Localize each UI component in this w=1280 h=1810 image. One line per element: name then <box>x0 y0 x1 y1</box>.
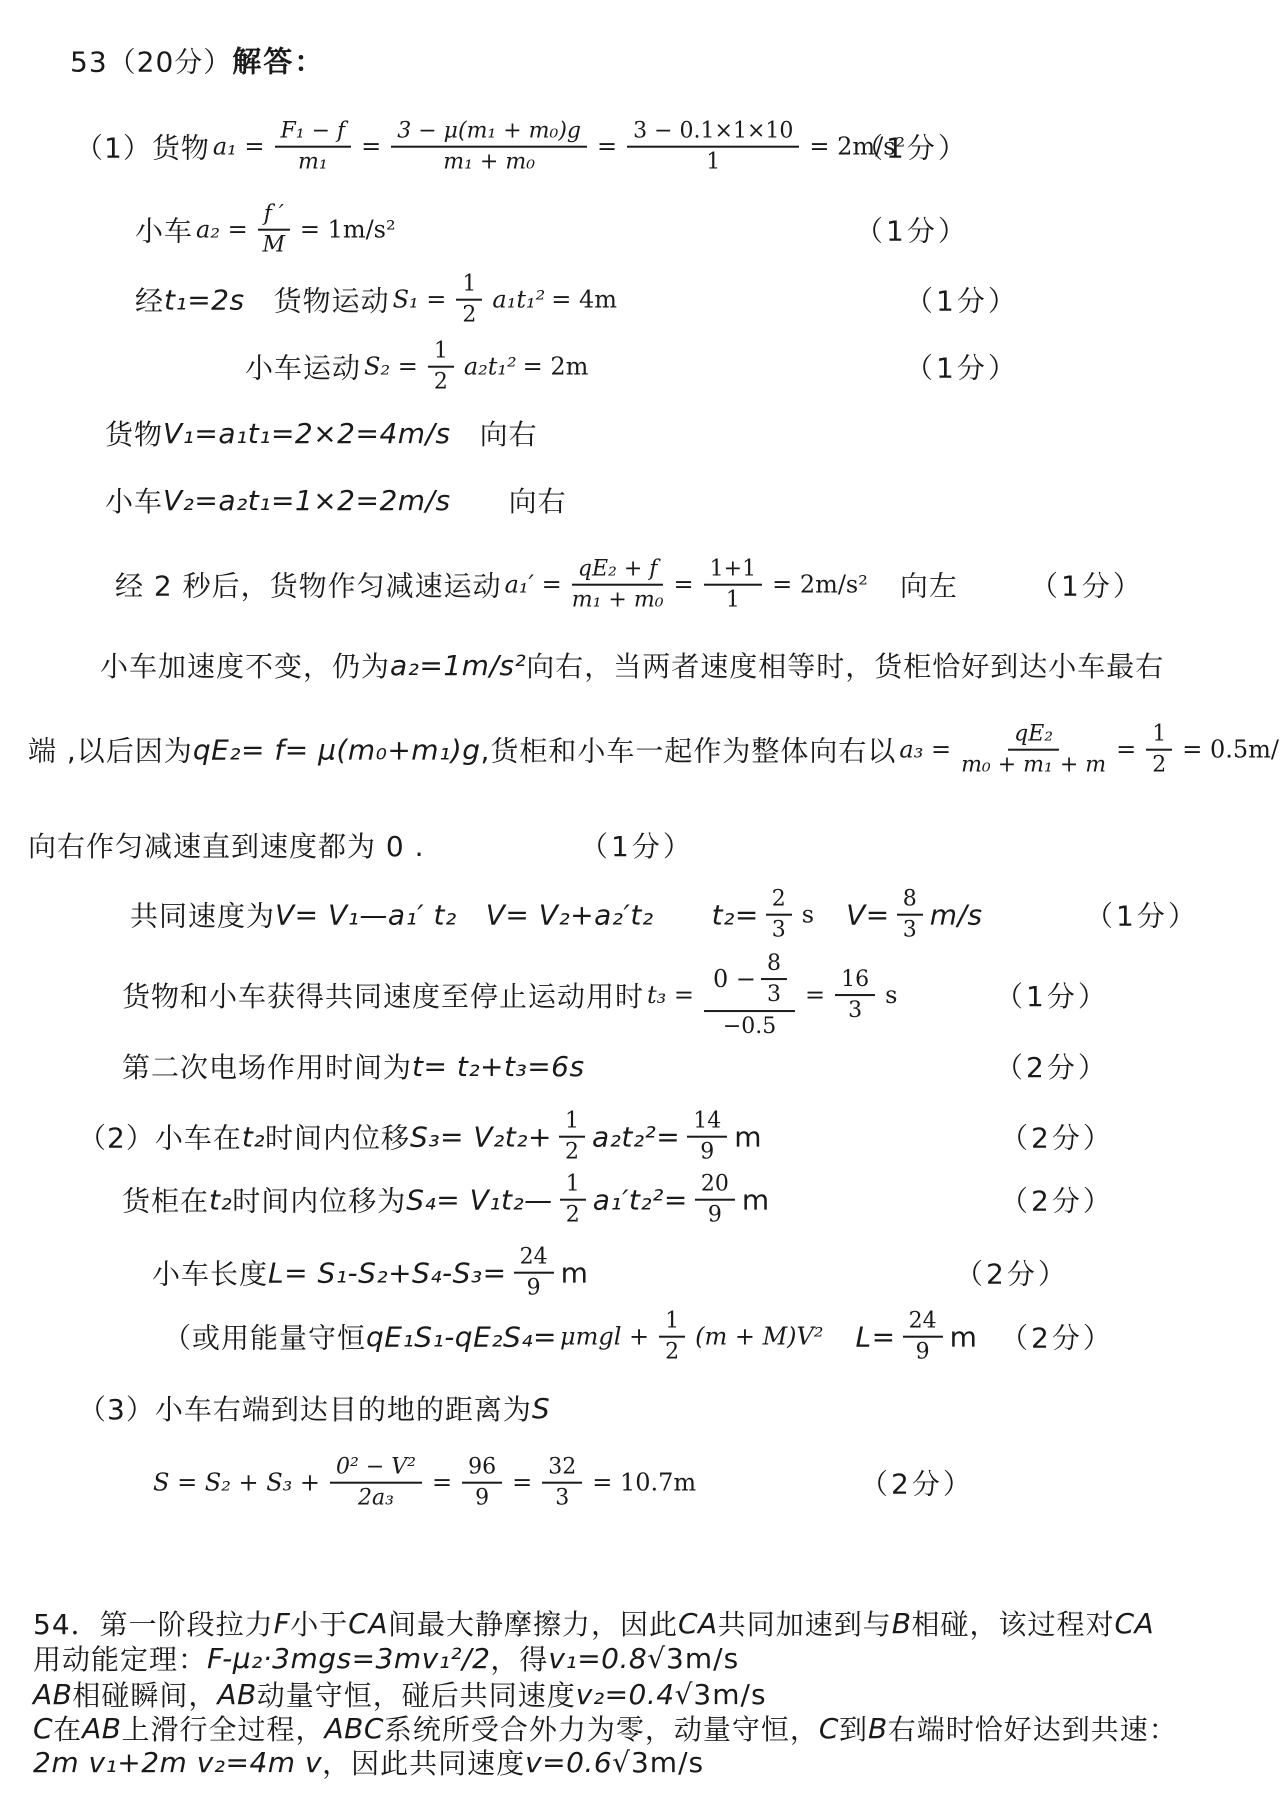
text-segment: = <box>512 1469 532 1497</box>
text-segment: m/s <box>712 1678 766 1711</box>
p54-line-5: 2m v₁+2m v₂=4m v，因此共同速度 v=0.6√3 m/s <box>0 1742 1280 1782</box>
text-segment: C <box>819 1712 839 1745</box>
text-segment: 时间内位移为 <box>232 1180 406 1220</box>
text-segment: AB <box>82 1712 121 1745</box>
text-segment: 共同速度为 <box>130 895 275 935</box>
text-segment: m/s <box>685 1642 739 1675</box>
text-segment: (m + M)V² <box>695 1323 823 1351</box>
text-segment: 间最大静摩擦力，因此 <box>388 1603 678 1643</box>
text-segment: 向右，当两者速度相等时，货柜恰好到达小车最右 <box>526 645 1164 685</box>
text-segment: 向右 <box>451 480 567 520</box>
fraction-part: m₀ + m₁ + m <box>961 751 1106 778</box>
math-fraction: 0² − V²2a₃ <box>330 1455 422 1512</box>
text-segment: F-μ₂·3mgs=3mv₁²/2 <box>207 1642 490 1675</box>
text-segment: 小车加速度不变，仍为 <box>100 645 390 685</box>
fraction-part: 3 <box>903 916 917 943</box>
math-fraction: 209 <box>695 1172 735 1229</box>
fraction-part: 16 <box>835 967 875 996</box>
text-segment: √3 <box>647 1642 685 1675</box>
text-segment: 货物运动 <box>245 280 390 320</box>
math-fraction: 12 <box>1146 722 1172 779</box>
text-segment: 用动能定理： <box>33 1638 207 1678</box>
text-segment: ABC <box>324 1712 383 1745</box>
text-segment: m/s <box>930 899 983 932</box>
fraction-part: 1 <box>1146 722 1172 751</box>
text-segment: ，因此共同速度 <box>322 1742 525 1782</box>
text-segment: a₁′ = <box>505 571 562 599</box>
text-segment: S₂ = <box>364 353 418 381</box>
score-mark: （1分） <box>1030 565 1144 605</box>
text-segment: 货柜在 <box>122 1180 209 1220</box>
fraction-part: −0.5 <box>723 1012 776 1039</box>
text-segment: = <box>361 133 381 161</box>
eq-cart-length: 小车长度 L= S₁-S₂+S₄-S₃=249m（2分） <box>0 1245 1280 1302</box>
text-segment: a₃ = <box>899 736 951 764</box>
math-fraction: 12 <box>428 339 454 396</box>
math-fraction: 249 <box>514 1245 554 1302</box>
text-segment: S₃= V₂t₂+ <box>410 1121 552 1154</box>
fraction-part: 2 <box>462 301 476 328</box>
p54-line-2: 用动能定理：F-μ₂·3mgs=3mv₁²/2，得 v₁=0.8√3 m/s <box>0 1638 1280 1678</box>
score-mark: （2分） <box>955 1253 1069 1293</box>
text-segment: B <box>892 1607 912 1640</box>
eq-s3: （2）小车在 t₂ 时间内位移 S₃= V₂t₂+12a₂t₂²=149m（2分… <box>0 1109 1280 1166</box>
fraction-part: qE₂ + f <box>572 557 664 586</box>
text-segment: qE₂= f= μ(m₀+m₁)g <box>193 734 481 767</box>
text-segment: 第二次电场作用时间为 <box>122 1046 412 1086</box>
math-fraction: 323 <box>542 1455 582 1512</box>
math-fraction: f ′M <box>258 202 290 259</box>
text-segment: a₁t₁² <box>492 286 545 314</box>
text-segment: V= V₂+a₂′t₂ <box>486 899 654 932</box>
text-segment: F <box>274 1607 291 1640</box>
text-segment: ，得 <box>490 1638 548 1678</box>
math-fraction: 12 <box>560 1172 586 1229</box>
fraction-part: 2 <box>565 1138 579 1165</box>
fraction-part: 32 <box>542 1455 582 1484</box>
fraction-part: 1 <box>706 148 720 175</box>
text-segment: 小车 <box>135 210 193 250</box>
eq-cart-a2: 小车a₂ =f ′M= 1m/s²（1分） <box>0 202 1280 259</box>
text-segment: t₂ <box>209 1184 232 1217</box>
text-segment: 经 <box>135 280 164 320</box>
text-segment: V₂=a₂t₁=1×2=2m/s <box>163 484 451 517</box>
fraction-part: 1 <box>560 1172 586 1201</box>
fraction-part: 14 <box>687 1109 727 1138</box>
text-segment: （3）小车右端到达目的地的距离为 <box>78 1388 532 1428</box>
text-segment: B <box>868 1712 888 1745</box>
text-segment: = <box>1116 736 1136 764</box>
text-segment: C <box>33 1712 53 1745</box>
fraction-part: 3 <box>555 1484 569 1511</box>
eq-cargo-s1: 经 t₁=2s 货物运动S₁ =12a₁t₁²= 4m（1分） <box>0 272 1280 329</box>
fraction-part: 3 − μ(m₁ + m₀)g <box>391 119 587 148</box>
text-segment: s <box>885 981 897 1009</box>
fraction-part: m₁ + m₀ <box>443 148 535 175</box>
text-segment: = 0.5m/s² <box>1182 736 1280 764</box>
text-segment: = 1m/s² <box>300 216 396 244</box>
fraction-part: m₁ + m₀ <box>572 586 664 613</box>
fraction-part: 2 <box>1152 751 1166 778</box>
fraction-part: 24 <box>514 1245 554 1274</box>
text-segment <box>827 1317 856 1357</box>
math-fraction: 0 − 83−0.5 <box>704 951 795 1039</box>
math-fraction: 12 <box>456 272 482 329</box>
text-segment: （2）小车在 <box>78 1117 242 1157</box>
para-equal-speed-2: 端 ,以后因为 qE₂= f= μ(m₀+m₁)g ,货柜和小车一起作为整体向右… <box>0 722 1280 779</box>
fraction-part: 9 <box>527 1274 541 1301</box>
text-segment <box>654 895 712 935</box>
eq-t3: 货物和小车获得共同速度至停止运动用时 t₃ =0 − 83−0.5=163s（1… <box>0 951 1280 1039</box>
text-segment: t₂ <box>242 1121 265 1154</box>
text-segment: 小车 <box>105 480 163 520</box>
text-segment: = 2m/s² <box>772 571 868 599</box>
text-segment: 货物和小车获得共同速度至停止运动用时 <box>122 975 644 1015</box>
text-segment: L= <box>856 1321 896 1354</box>
text-segment: = <box>597 133 617 161</box>
text-segment: 经 2 秒后，货物作匀减速运动 <box>115 565 502 605</box>
math-fraction: qE₂m₀ + m₁ + m <box>961 722 1106 779</box>
score-mark: （2分） <box>1000 1117 1114 1157</box>
text-segment: AB <box>33 1678 72 1711</box>
math-fraction: 163 <box>835 967 875 1024</box>
text-segment: V= V₁—a₁′ t₂ <box>275 899 457 932</box>
fraction-part: M <box>262 231 285 258</box>
text-segment: 2m v₁+2m v₂=4m v <box>33 1746 322 1779</box>
text-segment: v₂=0.4 <box>576 1678 675 1711</box>
text-segment: （或用能量守恒 <box>163 1317 366 1357</box>
score-mark: （1分） <box>580 825 694 865</box>
eq-total-time: 第二次电场作用时间为 t= t₂+t₃=6s（2分） <box>0 1046 1280 1086</box>
text-segment: = 4m <box>551 286 617 314</box>
para-equal-speed-1: 小车加速度不变，仍为 a₂=1m/s² 向右，当两者速度相等时，货柜恰好到达小车… <box>0 645 1280 685</box>
score-mark: （1分） <box>905 347 1019 387</box>
text-segment: 小于 <box>290 1603 348 1643</box>
score-mark: （1分） <box>905 280 1019 320</box>
text-segment: S₄= V₁t₂— <box>406 1184 552 1217</box>
fraction-part: 1 <box>726 586 740 613</box>
math-fraction: 12 <box>659 1309 685 1366</box>
math-fraction: 83 <box>761 951 787 1008</box>
text-segment: CA <box>1114 1607 1154 1640</box>
text-segment: = <box>432 1469 452 1497</box>
text-segment: AB <box>217 1678 256 1711</box>
math-fraction: 3 − 0.1×1×101 <box>627 119 799 176</box>
text-segment: qE₁S₁-qE₂S₄= <box>366 1321 557 1354</box>
fraction-part: 2 <box>766 887 792 916</box>
heading-part3: （3）小车右端到达目的地的距离为 S <box>0 1388 1280 1428</box>
text-segment: 53（20分） <box>70 40 232 80</box>
fraction-part: 1 <box>428 339 454 368</box>
fraction-part: m₁ <box>298 148 328 175</box>
fraction-part: 2 <box>566 1201 580 1228</box>
fraction-part: 1 <box>559 1109 585 1138</box>
math-fraction: 23 <box>766 887 792 944</box>
text-segment: a₂t₂²= <box>592 1121 680 1154</box>
text-segment: √3 <box>675 1678 713 1711</box>
text-segment: μmgl + <box>560 1323 649 1351</box>
score-mark: （2分） <box>1000 1317 1114 1357</box>
score-mark: （2分） <box>995 1046 1109 1086</box>
fraction-part: 1+1 <box>704 557 762 586</box>
fraction-part: 3 <box>767 980 781 1007</box>
text-segment: v=0.6 <box>525 1746 612 1779</box>
text-segment: S <box>532 1392 550 1425</box>
line-cargo-v1: 货物 V₁=a₁t₁=2×2=4m/s 向右 <box>0 413 1280 453</box>
text-segment: t₃ = <box>647 981 694 1009</box>
fraction-part: 0 − 83 <box>704 951 795 1012</box>
fraction-part: 8 <box>897 887 923 916</box>
text-segment: √3 <box>612 1746 650 1779</box>
score-mark: （1分） <box>855 210 969 250</box>
fraction-part: 3 − 0.1×1×10 <box>627 119 799 148</box>
text-segment: a₂=1m/s² <box>390 649 526 682</box>
fraction-part: 8 <box>761 951 787 980</box>
text-segment: 小车运动 <box>245 347 361 387</box>
text-segment: 54．第一阶段拉力 <box>33 1603 274 1643</box>
text-segment: a₁ = <box>213 133 265 161</box>
text-segment: s <box>802 901 814 929</box>
p54-line-1: 54．第一阶段拉力 F 小于 CA 间最大静摩擦力，因此 CA 共同加速到与 B… <box>0 1603 1280 1643</box>
fraction-part: 2a₃ <box>358 1484 394 1511</box>
fraction-part: 2 <box>665 1338 679 1365</box>
text-segment: = <box>805 981 825 1009</box>
math-fraction: 249 <box>903 1309 943 1366</box>
math-fraction: 83 <box>897 887 923 944</box>
score-mark: （1分） <box>855 127 969 167</box>
text-segment: （1）货物 <box>75 127 210 167</box>
text-segment <box>817 895 846 935</box>
math-fraction: 969 <box>462 1455 502 1512</box>
fraction-part: 0² − V² <box>330 1455 422 1484</box>
text-segment: m <box>734 1121 762 1154</box>
text-segment: a₂ = <box>196 216 248 244</box>
text-segment: S₁ = <box>393 286 447 314</box>
line-decel-after-2s: 经 2 秒后，货物作匀减速运动a₁′ =qE₂ + fm₁ + m₀=1+11=… <box>0 557 1280 614</box>
fraction-part: 24 <box>903 1309 943 1338</box>
text-segment: 小车长度 <box>152 1253 268 1293</box>
text-segment: t₁=2s <box>164 284 245 317</box>
text-segment <box>457 895 486 935</box>
score-mark: （2分） <box>860 1463 974 1503</box>
text-segment: v₁=0.8 <box>548 1642 647 1675</box>
eq-energy-conservation: （或用能量守恒 qE₁S₁-qE₂S₄=μmgl +12(m + M)V² L=… <box>0 1309 1280 1366</box>
text-segment: 货物 <box>105 413 163 453</box>
text-segment: m <box>742 1184 770 1217</box>
text-segment: V= <box>846 899 890 932</box>
fraction-part: 9 <box>700 1138 714 1165</box>
eq-s4: 货柜在 t₂ 时间内位移为 S₄= V₁t₂—12a₁′t₂²=209m（2分） <box>0 1172 1280 1229</box>
text-segment: = 10.7m <box>592 1469 696 1497</box>
text-segment: m <box>950 1321 978 1354</box>
math-fraction: qE₂ + fm₁ + m₀ <box>572 557 664 614</box>
text-segment: 解答： <box>232 40 325 81</box>
text-segment: = 2m <box>523 353 589 381</box>
text-segment: a₁′t₂²= <box>593 1184 688 1217</box>
fraction-part: 1 <box>659 1309 685 1338</box>
score-mark: （1分） <box>995 975 1109 1015</box>
eq-cart-s2: 小车运动S₂ =12a₂t₁²= 2m（1分） <box>0 339 1280 396</box>
text-segment: V₁=a₁t₁=2×2=4m/s <box>163 417 451 450</box>
fraction-part: qE₂ <box>1008 722 1059 751</box>
fraction-part: 3 <box>772 916 786 943</box>
document-page: 53（20分）解答：（1）货物a₁ =F₁ − fm₁=3 − μ(m₁ + m… <box>0 0 1280 1810</box>
text-segment: m/s <box>650 1746 704 1779</box>
text-segment: t= t₂+t₃=6s <box>412 1050 585 1083</box>
text-segment: 向左 <box>871 565 958 605</box>
fraction-part: 20 <box>695 1172 735 1201</box>
text-segment: CA <box>678 1607 718 1640</box>
text-segment: t₂= <box>712 899 759 932</box>
eq-cargo-a1: （1）货物a₁ =F₁ − fm₁=3 − μ(m₁ + m₀)gm₁ + m₀… <box>0 119 1280 176</box>
text-segment: 端 ,以后因为 <box>28 730 193 770</box>
text-segment: = <box>674 571 694 599</box>
fraction-part: F₁ − f <box>275 119 352 148</box>
fraction-part: 9 <box>475 1484 489 1511</box>
text-segment: L= S₁-S₂+S₄-S₃= <box>268 1257 507 1290</box>
text-segment: CA <box>348 1607 388 1640</box>
fraction-part: 96 <box>462 1455 502 1484</box>
text-segment: 共同加速到与 <box>718 1603 892 1643</box>
heading-problem-53: 53（20分）解答： <box>0 40 1280 81</box>
text-segment: ,货柜和小车一起作为整体向右以 <box>480 730 896 770</box>
math-fraction: 1+11 <box>704 557 762 614</box>
text-segment: 向右作匀减速直到速度都为 0 . <box>28 825 425 865</box>
fraction-part: 3 <box>848 996 862 1023</box>
text-segment: S = S₂ + S₃ + <box>153 1469 320 1497</box>
text-segment: a₂t₁² <box>464 353 517 381</box>
text-segment: m <box>561 1257 589 1290</box>
math-fraction: 149 <box>687 1109 727 1166</box>
fraction-part: 1 <box>456 272 482 301</box>
math-fraction: 3 − μ(m₁ + m₀)gm₁ + m₀ <box>391 119 587 176</box>
score-mark: （2分） <box>1000 1180 1114 1220</box>
fraction-part: f ′ <box>258 202 290 231</box>
fraction-part: 9 <box>916 1338 930 1365</box>
line-common-velocity: 共同速度为 V= V₁—a₁′ t₂ V= V₂+a₂′t₂ t₂=23s V=… <box>0 887 1280 944</box>
line-decel-to-zero: 向右作匀减速直到速度都为 0 .（1分） <box>0 825 1280 865</box>
eq-distance-s: S = S₂ + S₃ +0² − V²2a₃=969=323= 10.7m（2… <box>0 1455 1280 1512</box>
score-mark: （1分） <box>1085 895 1199 935</box>
text-segment: 0 − <box>713 966 756 994</box>
math-fraction: F₁ − fm₁ <box>275 119 352 176</box>
line-cart-v2: 小车 V₂=a₂t₁=1×2=2m/s 向右 <box>0 480 1280 520</box>
fraction-part: 9 <box>708 1201 722 1228</box>
text-segment: 相碰，该过程对 <box>911 1603 1114 1643</box>
text-segment: 向右 <box>451 413 538 453</box>
text-segment: 时间内位移 <box>265 1117 410 1157</box>
fraction-part: 2 <box>434 368 448 395</box>
math-fraction: 12 <box>559 1109 585 1166</box>
